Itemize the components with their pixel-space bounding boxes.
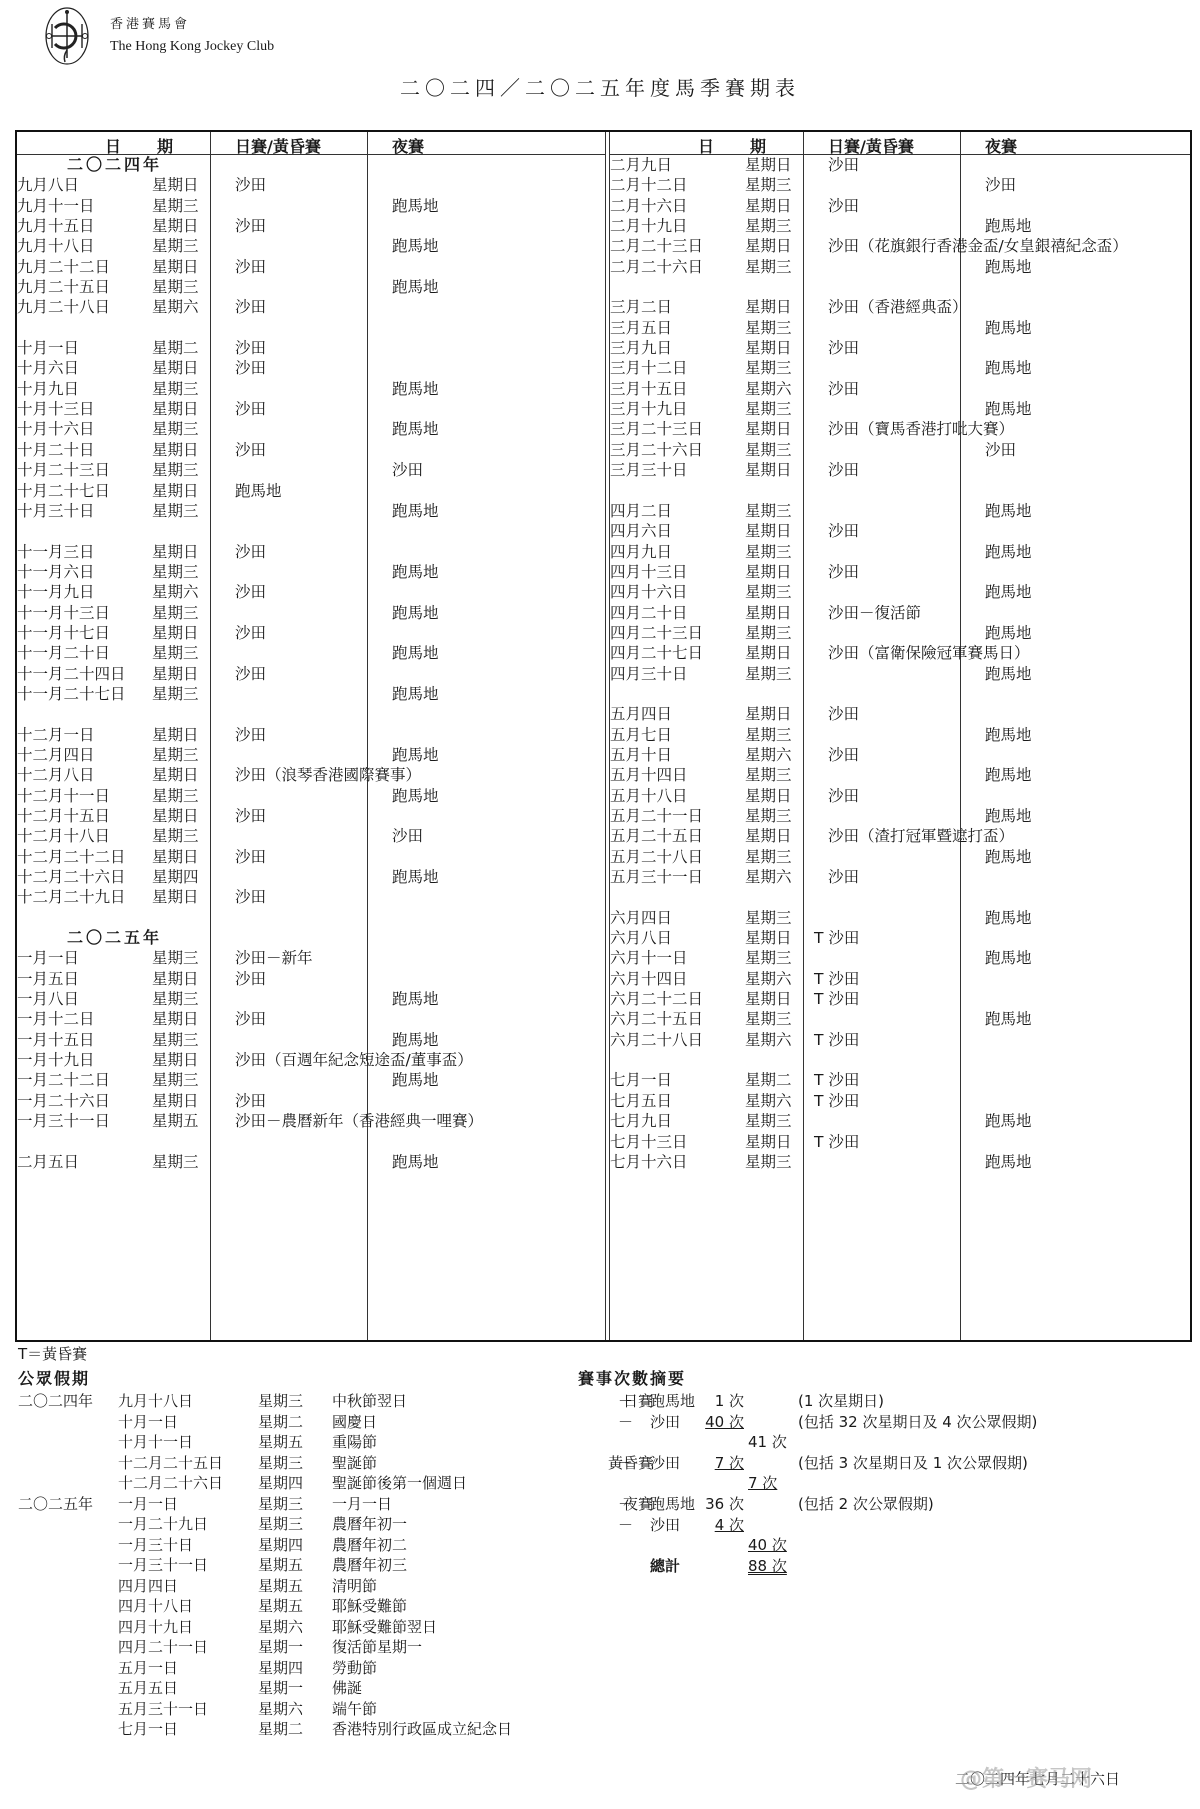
day-of-week: 星期三 [745,908,792,928]
col-header-night: 夜賽 [392,134,424,157]
race-date: 十一月二十日 [17,643,110,663]
summary-title: 賽事次數摘要 [578,1366,686,1389]
day-of-week: 星期日 [745,603,792,623]
race-date: 二月九日 [610,155,672,175]
day-of-week: 星期日 [152,765,199,785]
holiday-row: 一月三十一日星期五農曆年初三 [18,1554,578,1574]
summary-row: 日賽－跑馬地1 次(1 次星期日) [578,1390,1198,1410]
day-of-week: 星期日 [152,806,199,826]
night-meeting-venue: 跑馬地 [985,318,1032,338]
table-row: 二月二十六日星期三跑馬地 [610,257,1190,277]
night-meeting-venue: 跑馬地 [392,989,439,1009]
race-date: 九月十八日 [17,236,95,256]
holiday-row: 七月一日星期二香港特別行政區成立紀念日 [18,1718,578,1738]
day-of-week: 星期三 [745,664,792,684]
night-meeting-venue: 跑馬地 [392,419,439,439]
day-of-week: 星期三 [152,826,199,846]
table-row: 五月七日星期三跑馬地 [610,725,1190,745]
total-label: 總計 [650,1555,680,1576]
holiday-date: 五月五日 [118,1677,178,1698]
day-of-week: 星期三 [745,1111,792,1131]
col-header-day: 日賽/黃昏賽 [235,134,321,157]
day-of-week: 星期三 [745,725,792,745]
day-of-week: 星期五 [152,1111,199,1131]
day-meeting-venue: 沙田 [828,338,859,358]
race-date: 十月三十日 [17,501,95,521]
day-of-week: 星期三 [745,1009,792,1029]
table-row: 一月一日星期三沙田－新年 [17,948,605,968]
venue: 跑馬地 [650,1493,695,1514]
day-meeting-venue: 沙田 [235,175,266,195]
col-header-night: 夜賽 [985,134,1017,157]
count: 36 次 [696,1493,744,1514]
table-row: 十一月二十四日星期日沙田 [17,664,605,684]
day-of-week: 星期日 [745,928,792,948]
day-meeting-venue: 沙田－農曆新年（香港經典一哩賽） [235,1111,483,1131]
race-date: 五月四日 [610,704,672,724]
day-of-week: 星期三 [152,948,199,968]
night-meeting-venue: 跑馬地 [985,664,1032,684]
day-of-week: 星期三 [152,379,199,399]
table-row: 六月二十二日星期日T 沙田 [610,989,1190,1009]
table-row: 十二月一日星期日沙田 [17,725,605,745]
table-row: 十一月二十七日星期三跑馬地 [17,684,605,704]
total-count: 88 次 [748,1555,787,1576]
day-of-week: 星期三 [152,603,199,623]
holiday-year: 二〇二五年 [18,1493,93,1514]
race-date: 十二月十五日 [17,806,110,826]
race-date: 十一月十七日 [17,623,110,643]
summary-total-row: 總計88 次 [578,1555,1198,1575]
race-date: 三月二十三日 [610,419,703,439]
table-row: 六月十一日星期三跑馬地 [610,948,1190,968]
table-row: 四月三十日星期三跑馬地 [610,664,1190,684]
summary-subtotal: 40 次 [578,1534,1198,1554]
holiday-dow: 星期三 [258,1493,303,1514]
table-row: 七月十三日星期日T 沙田 [610,1132,1190,1152]
night-meeting-venue: 跑馬地 [392,684,439,704]
year-heading: 二〇二五年 [67,928,162,948]
race-date: 一月十二日 [17,1009,95,1029]
race-date: 五月二十五日 [610,826,703,846]
table-row: 十月二十日星期日沙田 [17,440,605,460]
table-row: 十月九日星期三跑馬地 [17,379,605,399]
holiday-row: 四月四日星期五清明節 [18,1575,578,1595]
day-of-week: 星期日 [745,521,792,541]
day-meeting-venue: 沙田 [235,1091,266,1111]
race-date: 五月十日 [610,745,672,765]
holiday-dow: 星期五 [258,1595,303,1616]
table-row: 七月一日星期二T 沙田 [610,1070,1190,1090]
day-of-week: 星期六 [745,1030,792,1050]
race-date: 三月十九日 [610,399,688,419]
table-row: 十二月十五日星期日沙田 [17,806,605,826]
day-of-week: 星期三 [745,623,792,643]
race-date: 六月二十五日 [610,1009,703,1029]
table-row: 三月十五日星期六沙田 [610,379,1190,399]
race-date: 十月二十七日 [17,481,110,501]
day-meeting-venue: T 沙田 [814,989,859,1009]
holiday-dow: 星期一 [258,1677,303,1698]
race-date: 六月二十八日 [610,1030,703,1050]
race-date: 一月五日 [17,969,79,989]
col-header-date: 日 期 [105,134,183,157]
day-meeting-venue: 沙田 [235,887,266,907]
table-row: 四月二十七日星期日沙田（富衛保險冠軍賽馬日） [610,643,1190,663]
table-row: 一月八日星期三跑馬地 [17,989,605,1009]
day-of-week: 星期四 [152,867,199,887]
race-date: 三月十五日 [610,379,688,399]
holiday-dow: 星期一 [258,1636,303,1657]
holiday-date: 十月一日 [118,1411,178,1432]
day-of-week: 星期日 [745,643,792,663]
hkjc-crest-icon [44,6,90,66]
night-meeting-venue: 跑馬地 [985,765,1032,785]
race-date: 五月十八日 [610,786,688,806]
race-date: 十一月二十四日 [17,664,126,684]
race-date: 四月二十七日 [610,643,703,663]
table-row: 五月十八日星期日沙田 [610,786,1190,806]
table-row: 五月三十一日星期六沙田 [610,867,1190,887]
table-row: 十二月四日星期三跑馬地 [17,745,605,765]
table-row: 十月十六日星期三跑馬地 [17,419,605,439]
holiday-row: 四月二十一日星期一復活節星期一 [18,1636,578,1656]
race-date: 七月九日 [610,1111,672,1131]
night-meeting-venue: 跑馬地 [985,1111,1032,1131]
holiday-dow: 星期六 [258,1616,303,1637]
holiday-row: 一月二十九日星期三農曆年初一 [18,1513,578,1533]
day-meeting-venue: 沙田 [828,521,859,541]
night-meeting-venue: 沙田 [985,440,1016,460]
year-heading: 二〇二四年 [67,155,162,175]
night-meeting-venue: 跑馬地 [392,745,439,765]
table-row: 一月十五日星期三跑馬地 [17,1030,605,1050]
note: (包括 3 次星期日及 1 次公眾假期) [798,1452,1028,1473]
holiday-name: 聖誕節 [332,1452,377,1473]
blank-row [17,1132,605,1152]
day-meeting-venue: 沙田 [235,257,266,277]
race-date: 九月二十八日 [17,297,110,317]
race-date: 一月十九日 [17,1050,95,1070]
table-row: 五月十日星期六沙田 [610,745,1190,765]
race-date: 十一月九日 [17,582,95,602]
day-of-week: 星期日 [152,969,199,989]
holiday-row: 二〇二四年九月十八日星期三中秋節翌日 [18,1390,578,1410]
day-meeting-venue: 沙田 [235,847,266,867]
race-date: 四月六日 [610,521,672,541]
day-of-week: 星期三 [152,684,199,704]
day-meeting-venue: 沙田 [828,867,859,887]
day-meeting-venue: 沙田 [235,1009,266,1029]
year-heading-row: 二〇二四年 [17,155,605,175]
day-meeting-venue: 沙田 [235,297,266,317]
summary-row: －沙田40 次(包括 32 次星期日及 4 次公眾假期) [578,1411,1198,1431]
day-of-week: 星期日 [152,257,199,277]
holiday-date: 一月三十日 [118,1534,193,1555]
fixture-table: 日 期 日賽/黃昏賽 夜賽 二〇二四年九月八日星期日沙田九月十一日星期三跑馬地九… [15,130,1192,1342]
holiday-date: 十月十一日 [118,1431,193,1452]
holiday-row: 五月一日星期四勞動節 [18,1657,578,1677]
night-meeting-venue: 跑馬地 [392,786,439,806]
night-meeting-venue: 跑馬地 [985,908,1032,928]
holiday-dow: 星期三 [258,1513,303,1534]
blank-row [17,908,605,928]
day-of-week: 星期三 [152,196,199,216]
table-row: 三月二十六日星期三沙田 [610,440,1190,460]
day-of-week: 星期二 [745,1070,792,1090]
table-row: 九月二十五日星期三跑馬地 [17,277,605,297]
holiday-row: 四月十九日星期六耶穌受難節翌日 [18,1616,578,1636]
day-of-week: 星期日 [152,725,199,745]
table-row: 五月二十八日星期三跑馬地 [610,847,1190,867]
day-of-week: 星期三 [745,318,792,338]
race-date: 十一月十三日 [17,603,110,623]
org-name-zh: 香港賽馬會 [110,14,274,36]
table-row: 九月十八日星期三跑馬地 [17,236,605,256]
race-date: 四月二十三日 [610,623,703,643]
race-date: 一月一日 [17,948,79,968]
race-date: 十二月二十二日 [17,847,126,867]
day-meeting-venue: 沙田（花旗銀行香港金盃/女皇銀禧紀念盃） [828,236,1128,256]
holiday-name: 重陽節 [332,1431,377,1452]
race-date: 九月十五日 [17,216,95,236]
day-of-week: 星期三 [152,1152,199,1172]
holiday-name: 復活節星期一 [332,1636,422,1657]
table-row: 十二月十一日星期三跑馬地 [17,786,605,806]
holiday-dow: 星期二 [258,1718,303,1739]
holiday-row: 十二月二十五日星期三聖誕節 [18,1452,578,1472]
table-row: 十月六日星期日沙田 [17,358,605,378]
race-date: 十月十六日 [17,419,95,439]
night-meeting-venue: 跑馬地 [985,948,1032,968]
blank-row [17,704,605,724]
day-of-week: 星期六 [745,969,792,989]
table-row: 五月二十五日星期日沙田（渣打冠軍暨遮打盃） [610,826,1190,846]
race-date: 一月二十六日 [17,1091,110,1111]
day-meeting-venue: 沙田 [235,806,266,826]
holiday-date: 一月一日 [118,1493,178,1514]
table-row: 十二月十八日星期三沙田 [17,826,605,846]
day-of-week: 星期六 [152,582,199,602]
dash: － [618,1390,633,1411]
fixture-table-left: 日 期 日賽/黃昏賽 夜賽 二〇二四年九月八日星期日沙田九月十一日星期三跑馬地九… [17,132,606,1340]
holiday-row: 五月三十一日星期六端午節 [18,1698,578,1718]
holiday-name: 一月一日 [332,1493,392,1514]
holiday-name: 農曆年初二 [332,1534,407,1555]
day-meeting-venue: 沙田 [235,440,266,460]
race-date: 二月二十六日 [610,257,703,277]
table-row: 十一月九日星期六沙田 [17,582,605,602]
table-row: 十月三十日星期三跑馬地 [17,501,605,521]
night-meeting-venue: 跑馬地 [392,277,439,297]
table-row: 四月九日星期三跑馬地 [610,542,1190,562]
race-date: 六月八日 [610,928,672,948]
night-meeting-venue: 跑馬地 [985,1009,1032,1029]
race-date: 十二月二十九日 [17,887,126,907]
table-row: 七月十六日星期三跑馬地 [610,1152,1190,1172]
day-of-week: 星期日 [745,236,792,256]
day-meeting-venue: 沙田 [828,745,859,765]
holiday-date: 四月二十一日 [118,1636,208,1657]
race-date: 七月十三日 [610,1132,688,1152]
holiday-dow: 星期三 [258,1452,303,1473]
table-row: 一月十九日星期日沙田（百週年紀念短途盃/董事盃） [17,1050,605,1070]
blank-row [17,521,605,541]
holiday-name: 耶穌受難節 [332,1595,407,1616]
table-row: 一月三十一日星期五沙田－農曆新年（香港經典一哩賽） [17,1111,605,1131]
twilight-legend: T＝黃昏賽 [18,1343,87,1364]
race-date: 三月二十六日 [610,440,703,460]
holiday-name: 端午節 [332,1698,377,1719]
table-row: 九月十一日星期三跑馬地 [17,196,605,216]
day-meeting-venue: 沙田 [235,542,266,562]
night-meeting-venue: 跑馬地 [392,867,439,887]
table-row: 十二月二十二日星期日沙田 [17,847,605,867]
table-row: 二月五日星期三跑馬地 [17,1152,605,1172]
day-of-week: 星期三 [745,806,792,826]
day-of-week: 星期三 [152,1070,199,1090]
night-meeting-venue: 跑馬地 [392,1070,439,1090]
org-name-en: The Hong Kong Jockey Club [110,36,274,58]
race-date: 三月三十日 [610,460,688,480]
day-of-week: 星期三 [152,562,199,582]
race-date: 九月二十五日 [17,277,110,297]
holiday-dow: 星期五 [258,1431,303,1452]
day-meeting-venue: 沙田 [235,582,266,602]
day-of-week: 星期日 [152,399,199,419]
year-heading-row: 二〇二五年 [17,928,605,948]
race-date: 一月十五日 [17,1030,95,1050]
table-row: 二月十九日星期三跑馬地 [610,216,1190,236]
race-date: 九月二十二日 [17,257,110,277]
day-meeting-venue: T 沙田 [814,1091,859,1111]
table-row: 十二月八日星期日沙田（浪琴香港國際賽事） [17,765,605,785]
day-of-week: 星期三 [745,175,792,195]
day-meeting-venue: 沙田－新年 [235,948,313,968]
holiday-date: 五月三十一日 [118,1698,208,1719]
day-meeting-venue: T 沙田 [814,928,859,948]
day-of-week: 星期日 [745,460,792,480]
day-meeting-venue: 沙田（浪琴香港國際賽事） [235,765,421,785]
day-meeting-venue: T 沙田 [814,1030,859,1050]
venue: 沙田 [650,1411,680,1432]
table-row: 二月二十三日星期日沙田（花旗銀行香港金盃/女皇銀禧紀念盃） [610,236,1190,256]
table-header: 日 期 日賽/黃昏賽 夜賽 [610,132,1190,155]
race-date: 六月十一日 [610,948,688,968]
table-row: 三月五日星期三跑馬地 [610,318,1190,338]
race-date: 一月二十二日 [17,1070,110,1090]
holiday-name: 清明節 [332,1575,377,1596]
count: 7 次 [696,1452,744,1473]
holiday-dow: 星期四 [258,1534,303,1555]
race-date: 五月三十一日 [610,867,703,887]
holiday-date: 九月十八日 [118,1390,193,1411]
table-row: 六月二十五日星期三跑馬地 [610,1009,1190,1029]
race-date: 九月十一日 [17,196,95,216]
col-header-day: 日賽/黃昏賽 [828,134,914,157]
col-header-date: 日 期 [698,134,776,157]
day-of-week: 星期日 [152,358,199,378]
holiday-row: 五月五日星期一佛誕 [18,1677,578,1697]
day-of-week: 星期日 [745,419,792,439]
day-of-week: 星期日 [152,175,199,195]
subtotal-count: 40 次 [748,1534,787,1555]
day-of-week: 星期日 [152,623,199,643]
holiday-row: 十月十一日星期五重陽節 [18,1431,578,1451]
race-date: 十二月十八日 [17,826,110,846]
count: 4 次 [696,1514,744,1535]
day-of-week: 星期三 [745,948,792,968]
day-of-week: 星期日 [152,664,199,684]
race-date: 十月二十日 [17,440,95,460]
holiday-date: 四月四日 [118,1575,178,1596]
holiday-dow: 星期五 [258,1575,303,1596]
holiday-row: 一月三十日星期四農曆年初二 [18,1534,578,1554]
organization-name: 香港賽馬會 The Hong Kong Jockey Club [110,14,274,58]
night-meeting-venue: 跑馬地 [985,623,1032,643]
day-meeting-venue: 沙田 [235,623,266,643]
holiday-name: 農曆年初三 [332,1554,407,1575]
race-date: 四月十六日 [610,582,688,602]
day-meeting-venue: 沙田－復活節 [828,603,921,623]
race-date: 五月二十一日 [610,806,703,826]
day-meeting-venue: 沙田（富衛保險冠軍賽馬日） [828,643,1030,663]
day-of-week: 星期日 [152,481,199,501]
table-row: 六月二十八日星期六T 沙田 [610,1030,1190,1050]
page-title: 二〇二四／二〇二五年度馬季賽期表 [0,72,1200,101]
table-row: 九月二十八日星期六沙田 [17,297,605,317]
day-of-week: 星期三 [152,277,199,297]
holiday-row: 二〇二五年一月一日星期三一月一日 [18,1493,578,1513]
day-of-week: 星期日 [745,562,792,582]
note: (包括 2 次公眾假期) [798,1493,934,1514]
day-meeting-venue: 沙田 [235,338,266,358]
race-date: 六月十四日 [610,969,688,989]
day-meeting-venue: 沙田（渣打冠軍暨遮打盃） [828,826,1014,846]
day-of-week: 星期三 [745,440,792,460]
night-meeting-venue: 跑馬地 [392,236,439,256]
day-meeting-venue: T 沙田 [814,1132,859,1152]
night-meeting-venue: 跑馬地 [392,1152,439,1172]
holiday-date: 一月三十一日 [118,1554,208,1575]
day-of-week: 星期六 [152,297,199,317]
night-meeting-venue: 跑馬地 [985,806,1032,826]
night-meeting-venue: 跑馬地 [392,603,439,623]
day-meeting-venue: T 沙田 [814,969,859,989]
day-of-week: 星期日 [745,297,792,317]
holiday-row: 十二月二十六日星期四聖誕節後第一個週日 [18,1472,578,1492]
race-date: 七月一日 [610,1070,672,1090]
table-row: 十二月二十九日星期日沙田 [17,887,605,907]
table-row: 十一月十三日星期三跑馬地 [17,603,605,623]
table-row: 四月十六日星期三跑馬地 [610,582,1190,602]
night-meeting-venue: 沙田 [392,826,423,846]
table-row: 三月二日星期日沙田（香港經典盃） [610,297,1190,317]
holiday-date: 十二月二十五日 [118,1452,223,1473]
race-date: 十月一日 [17,338,79,358]
table-row: 一月十二日星期日沙田 [17,1009,605,1029]
day-meeting-venue: 沙田（香港經典盃） [828,297,968,317]
race-date: 十月九日 [17,379,79,399]
day-of-week: 星期三 [745,216,792,236]
holidays-title: 公眾假期 [18,1366,90,1389]
day-of-week: 星期日 [152,1050,199,1070]
blank-row [17,318,605,338]
table-row: 九月八日星期日沙田 [17,175,605,195]
holiday-name: 勞動節 [332,1657,377,1678]
summary-subtotal: 41 次 [578,1431,1198,1451]
race-date: 四月三十日 [610,664,688,684]
